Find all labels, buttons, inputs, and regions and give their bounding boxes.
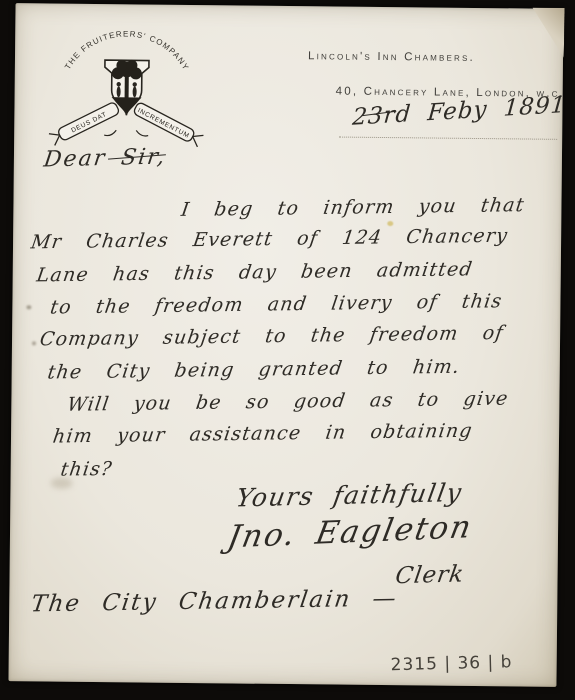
printed-address-line1: Lincoln's Inn Chambers. bbox=[308, 50, 475, 64]
paper-stain bbox=[387, 221, 393, 226]
addressee: The City Chamberlain — bbox=[29, 586, 399, 618]
motto-ribbon-right: INCREMENTUM bbox=[133, 102, 204, 147]
fruiterers-company-crest: THE FRUITERERS' COMPANY DEUS DAT bbox=[44, 17, 209, 149]
paper-spot bbox=[26, 305, 31, 309]
salutation: Dear Sir, bbox=[42, 144, 168, 172]
body-line: Will you be so good as to give bbox=[66, 388, 510, 416]
closing-phrase: Yours faithfully bbox=[234, 478, 465, 513]
paper-smudge bbox=[50, 478, 72, 489]
body-line: him your assistance in obtaining bbox=[51, 420, 474, 448]
signature-title: Clerk bbox=[394, 561, 466, 589]
body-line: the City being granted to him. bbox=[46, 356, 462, 384]
body-line: Lane has this day been admitted bbox=[35, 258, 474, 286]
body-line: Mr Charles Everett of 124 Chancery bbox=[29, 225, 509, 254]
body-line: I beg to inform you that bbox=[180, 194, 526, 221]
body-line: Company subject to the freedom of bbox=[38, 322, 505, 351]
archive-reference-number: 2315 | 36 | b bbox=[390, 652, 512, 675]
letter-paper: THE FRUITERERS' COMPANY DEUS DAT bbox=[8, 3, 563, 687]
paper-corner-curl bbox=[532, 8, 565, 58]
signature: Jno. Eagleton bbox=[225, 509, 476, 556]
motto-right-text: INCREMENTUM bbox=[136, 107, 190, 140]
body-line: this? bbox=[59, 458, 114, 481]
paper-spot bbox=[32, 341, 36, 345]
ribbon-curls bbox=[104, 130, 148, 136]
motto-ribbon-left: DEUS DAT bbox=[49, 101, 120, 145]
body-line: to the freedom and livery of this bbox=[49, 290, 504, 318]
photo-background: { "letterhead": { "crest": { "company_na… bbox=[0, 0, 575, 700]
